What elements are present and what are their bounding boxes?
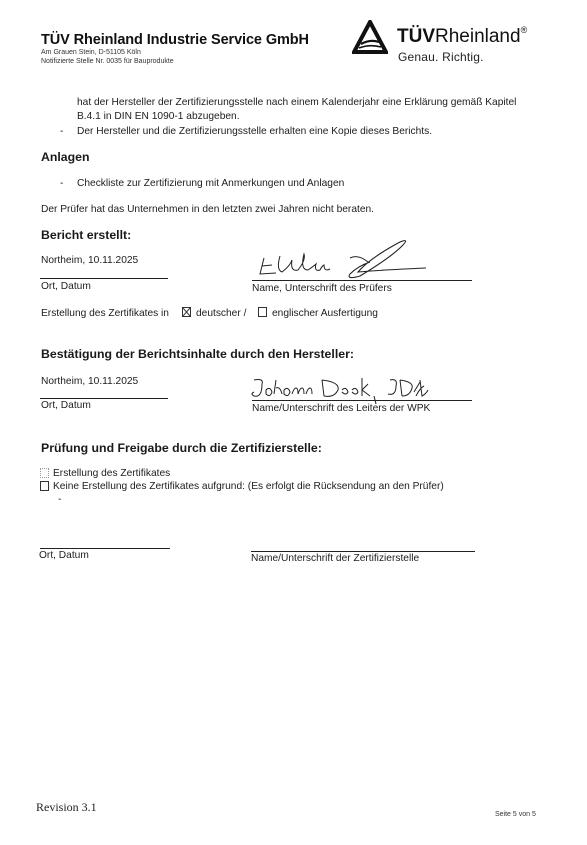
pruefung-signature-line [251, 551, 475, 552]
option-no-certificate-label: Keine Erstellung des Zertifikates aufgru… [53, 481, 444, 492]
intro-bullet-text: Der Hersteller und die Zertifizierungsst… [77, 126, 432, 137]
brand-slogan: Genau. Richtig. [398, 50, 484, 64]
place-date-caption: Ort, Datum [41, 281, 91, 292]
company-address: Am Grauen Stein, D-51105 Köln [41, 49, 141, 56]
company-name: TÜV Rheinland Industrie Service GmbH [41, 32, 309, 48]
bestaetigung-place-date-caption: Ort, Datum [41, 400, 91, 411]
reason-bullet: - [58, 494, 61, 505]
checkbox-english[interactable] [258, 307, 267, 317]
intro-line-2: B.4.1 in DIN EN 1090-1 abzugeben. [77, 111, 240, 122]
bullet-dash: - [60, 126, 63, 137]
pruefung-place-date-caption: Ort, Datum [39, 550, 89, 561]
manufacturer-signature-line [252, 400, 472, 401]
anlagen-item: Checkliste zur Zertifizierung mit Anmerk… [77, 178, 344, 189]
bericht-place-date: Northeim, 10.11.2025 [41, 255, 138, 266]
option-issue-certificate-label: Erstellung des Zertifikates [53, 468, 170, 479]
pruefung-place-date-line [40, 548, 170, 549]
revision-label: Revision 3.1 [36, 800, 97, 815]
bestaetigung-place-date-line [40, 398, 168, 399]
intro-line-1: hat der Hersteller der Zertifizierungsst… [77, 97, 516, 108]
checkbox-no-certificate[interactable] [40, 481, 49, 491]
anlagen-item-dash: - [60, 178, 63, 189]
tuv-brand-wordmark: TÜVRheinland® [397, 26, 527, 48]
page-number: Seite 5 von 5 [495, 811, 536, 818]
notified-body: Notifizierte Stelle Nr. 0035 für Bauprod… [41, 58, 174, 65]
option-english-label: englischer Ausfertigung [272, 308, 378, 319]
examiner-signature-line [252, 280, 472, 281]
bestaetigung-place-date: Northeim, 10.11.2025 [41, 376, 138, 387]
pruefung-heading: Prüfung und Freigabe durch die Zertifizi… [41, 441, 322, 455]
manufacturer-signature-caption: Name/Unterschrift des Leiters der WPK [252, 403, 430, 414]
bericht-erstellt-heading: Bericht erstellt: [41, 228, 131, 242]
tuv-triangle-logo-icon [352, 20, 388, 54]
bestaetigung-heading: Bestätigung der Berichtsinhalte durch de… [41, 347, 354, 361]
checkbox-german[interactable] [182, 307, 191, 317]
consulting-statement: Der Prüfer hat das Unternehmen in den le… [41, 204, 374, 215]
examiner-signature [250, 236, 450, 282]
pruefung-signature-caption: Name/Unterschrift der Zertifizierstelle [251, 553, 419, 564]
examiner-signature-caption: Name, Unterschrift des Prüfers [252, 283, 392, 294]
checkbox-issue-certificate[interactable] [40, 468, 49, 478]
anlagen-heading: Anlagen [41, 150, 90, 164]
option-german-label: deutscher / [196, 308, 246, 319]
place-date-line [40, 278, 168, 279]
certificate-language-label: Erstellung des Zertifikates in [41, 308, 169, 319]
